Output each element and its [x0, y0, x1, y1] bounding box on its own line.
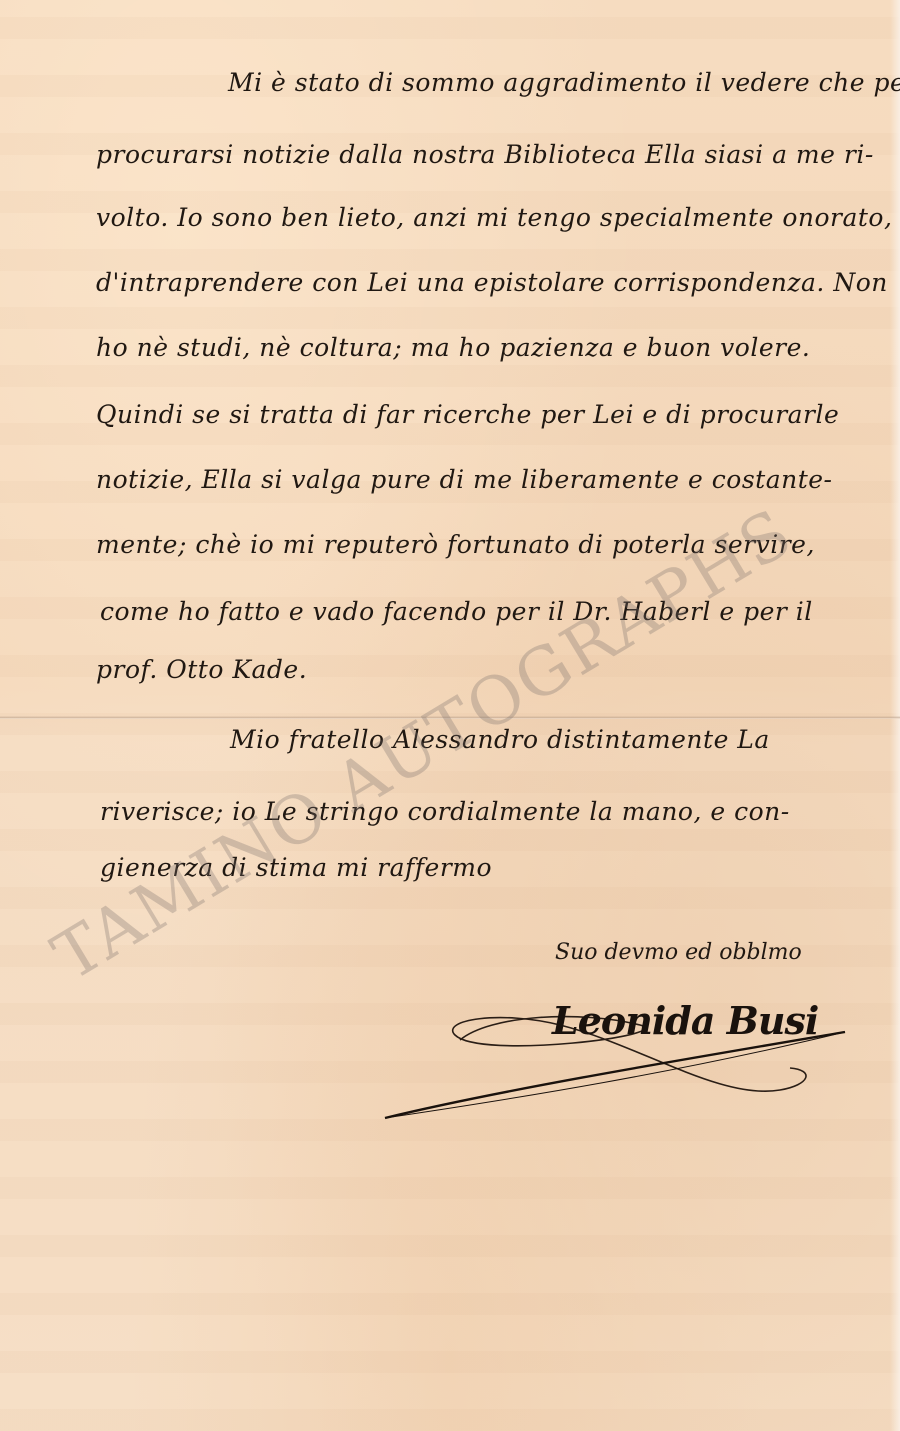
letter-line-8: mente; chè io mi reputerò fortunato di p… — [96, 530, 815, 559]
letter-line-10: prof. Otto Kade. — [96, 655, 307, 684]
letter-line-2: procurarsi notizie dalla nostra Bibliote… — [96, 140, 874, 169]
fold-crease — [0, 716, 900, 719]
letter-line-3: volto. Io sono ben lieto, anzi mi tengo … — [96, 203, 892, 232]
signature: Leonida Busi — [380, 990, 850, 1130]
letter-page: Mi è stato di sommo aggradimento il vede… — [0, 0, 900, 1431]
signature-name: Leonida Busi — [552, 998, 818, 1043]
letter-line-9: come ho fatto e vado facendo per il Dr. … — [100, 597, 813, 626]
letter-line-13: gienerza di stima mi raffermo — [100, 853, 492, 882]
valediction: Suo devmo ed obblmo — [555, 940, 802, 965]
letter-line-6: Quindi se si tratta di far ricerche per … — [96, 400, 839, 429]
letter-line-11: Mio fratello Alessandro distintamente La — [230, 725, 770, 754]
letter-line-1: Mi è stato di sommo aggradimento il vede… — [228, 68, 900, 97]
letter-line-7: notizie, Ella si valga pure di me libera… — [96, 465, 832, 494]
letter-line-5: ho nè studi, nè coltura; ma ho pazienza … — [96, 333, 810, 362]
letter-line-4: d'intraprendere con Lei una epistolare c… — [96, 268, 888, 297]
letter-line-12: riverisce; io Le stringo cordialmente la… — [100, 797, 790, 826]
